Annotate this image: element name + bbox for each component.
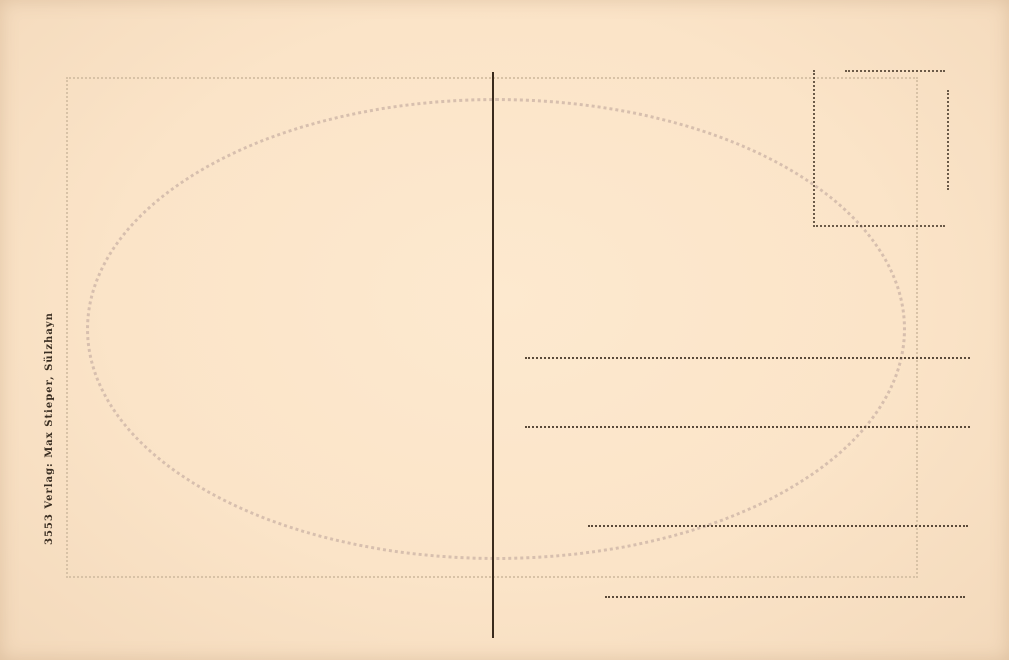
oval-vignette [86, 98, 906, 560]
stamp-box-top-edge [845, 70, 945, 72]
address-line [525, 357, 970, 359]
address-line [525, 426, 970, 428]
stamp-box-right-edge [947, 90, 949, 190]
address-line [605, 596, 965, 598]
postcard-back: 3553 Verlag: Max Stieper, Sülzhayn [0, 0, 1009, 660]
stamp-box [813, 70, 945, 227]
publisher-imprint: 3553 Verlag: Max Stieper, Sülzhayn [44, 312, 55, 545]
address-line [588, 525, 968, 527]
center-divider-line [492, 72, 494, 638]
